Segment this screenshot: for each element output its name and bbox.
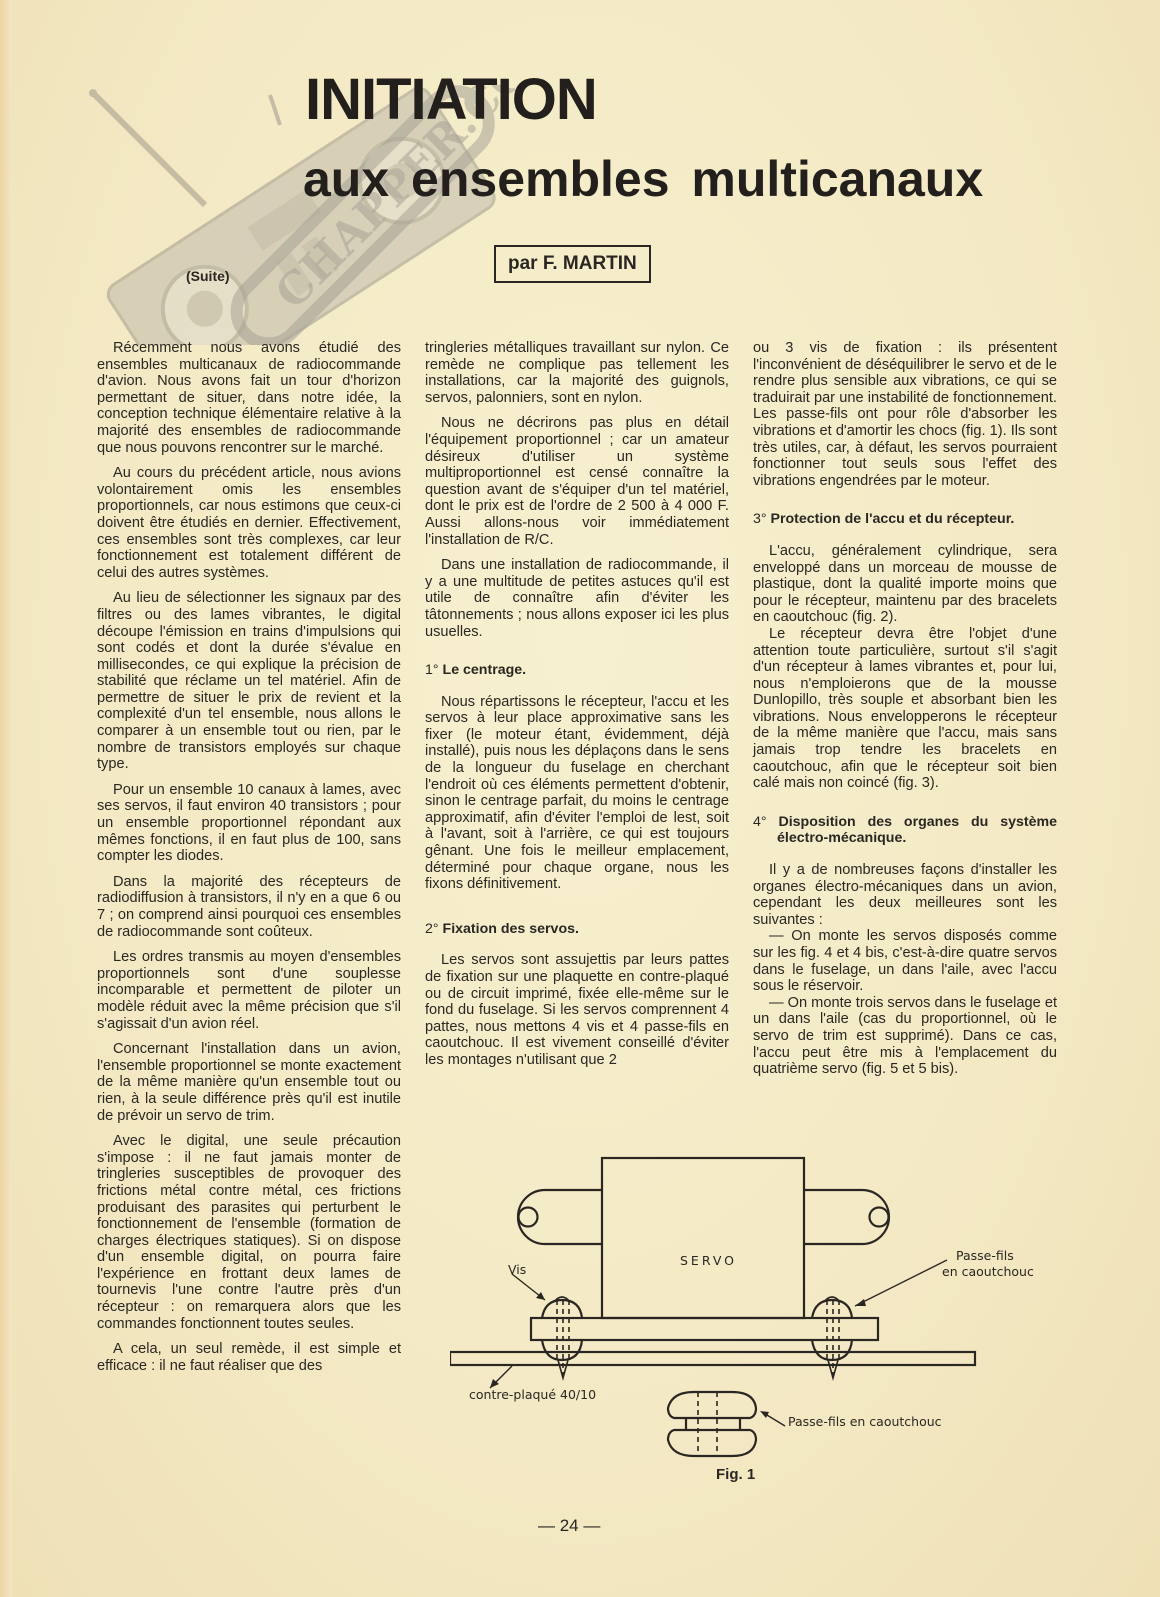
- section-title: Le centrage.: [443, 662, 527, 678]
- servo-base-flange: [531, 1318, 878, 1340]
- servo-tab-right: [804, 1190, 889, 1244]
- section-title: Protection de l'accu et du récepteur.: [771, 511, 1015, 527]
- paragraph: Avec le digital, une seule précaution s'…: [97, 1133, 401, 1332]
- grommet-label: Passe-fils en caoutchouc: [788, 1414, 942, 1429]
- paragraph: Au lieu de sélectionner les signaux par …: [97, 590, 401, 773]
- figure-1-servo-mounting: SERVO Vis Passe-fils en caoutchouc contr…: [450, 1150, 1050, 1510]
- figure-caption: Fig. 1: [716, 1466, 755, 1483]
- paragraph: Au cours du précédent article, nous avio…: [97, 465, 401, 581]
- section-heading-disposition: 4° Disposition des organes du système él…: [753, 814, 1057, 847]
- list-item: — On monte les servos disposés comme sur…: [753, 928, 1057, 994]
- paragraph: Dans une installation de radiocommande, …: [425, 557, 729, 640]
- paragraph: Nous répartissons le récepteur, l'accu e…: [425, 694, 729, 893]
- paragraph: L'accu, généralement cylindrique, sera e…: [753, 543, 1057, 626]
- list-item: — On monte trois servos dans le fuselage…: [753, 995, 1057, 1078]
- paragraph: Récemment nous avons étudié des ensemble…: [97, 340, 401, 456]
- section-title: Disposition des organes du système élect…: [777, 814, 1057, 847]
- section-number: 1°: [425, 662, 439, 678]
- paragraph: A cela, un seul remède, il est simple et…: [97, 1341, 401, 1374]
- passe-fils-label-1: Passe-fils: [956, 1248, 1014, 1263]
- paragraph: Concernant l'installation dans un avion,…: [97, 1041, 401, 1124]
- page-edge: [0, 0, 12, 1597]
- paragraph: Les ordres transmis au moyen d'ensembles…: [97, 949, 401, 1032]
- servo-body: [602, 1158, 804, 1318]
- page-number: — 24 —: [538, 1516, 600, 1536]
- section-number: 2°: [425, 921, 439, 937]
- paragraph: Le récepteur devra être l'objet d'une at…: [753, 626, 1057, 792]
- plywood-plate: [450, 1352, 975, 1365]
- passe-fils-label-2: en caoutchouc: [942, 1264, 1034, 1279]
- grommet-detail: [668, 1392, 785, 1456]
- paragraph: Dans la majorité des récepteurs de radio…: [97, 874, 401, 940]
- paragraph: Pour un ensemble 10 canaux à lames, avec…: [97, 782, 401, 865]
- section-heading-centrage: 1° Le centrage.: [425, 662, 729, 679]
- section-number: 3°: [753, 511, 767, 527]
- article-title-line1: INITIATION: [305, 66, 597, 133]
- paragraph: ou 3 vis de fixation : ils présentent l'…: [753, 340, 1057, 489]
- byline-box: par F. MARTIN: [494, 245, 651, 283]
- text-column-2: tringleries métalliques travaillant sur …: [425, 340, 729, 1078]
- suite-label: (Suite): [186, 268, 230, 284]
- section-number: 4°: [753, 814, 767, 830]
- vis-label: Vis: [508, 1262, 526, 1277]
- paragraph: tringleries métalliques travaillant sur …: [425, 340, 729, 406]
- paragraph: Les servos sont assujettis par leurs pat…: [425, 952, 729, 1068]
- contreplaque-label: contre-plaqué 40/10: [469, 1387, 596, 1402]
- text-column-3: ou 3 vis de fixation : ils présentent l'…: [753, 340, 1057, 1078]
- section-heading-fixation: 2° Fixation des servos.: [425, 921, 729, 938]
- section-heading-protection: 3° Protection de l'accu et du récepteur.: [753, 511, 1057, 528]
- section-title: Fixation des servos.: [443, 921, 579, 937]
- article-title-line2: aux ensembles multicanaux: [303, 150, 983, 208]
- servo-tab-left: [518, 1190, 602, 1244]
- servo-label: SERVO: [680, 1253, 737, 1268]
- text-column-1: Récemment nous avons étudié des ensemble…: [97, 340, 401, 1383]
- paragraph: Nous ne décrirons pas plus en détail l'é…: [425, 415, 729, 548]
- paragraph: Il y a de nombreuses façons d'installer …: [753, 862, 1057, 928]
